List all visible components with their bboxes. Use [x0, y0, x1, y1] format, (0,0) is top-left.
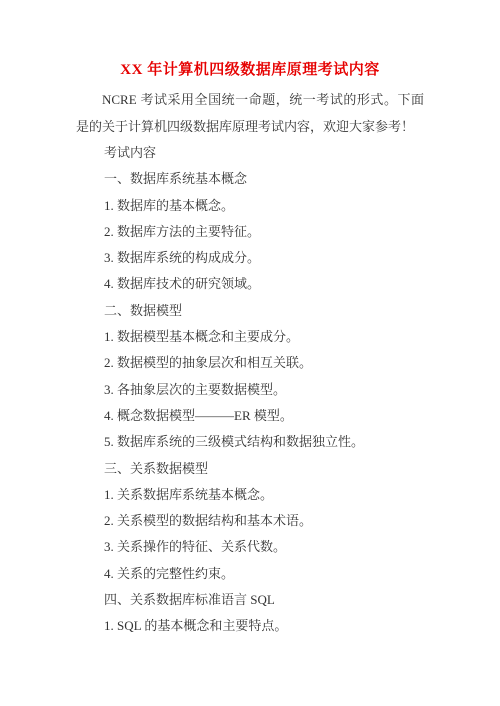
content-line: 3. 各抽象层次的主要数据模型。: [104, 377, 500, 403]
document-page: XX 年计算机四级数据库原理考试内容 NCRE 考试采用全国统一命题，统一考试的…: [0, 0, 500, 706]
content-line: 2. 关系模型的数据结构和基本术语。: [104, 508, 500, 534]
content-line: 4. 关系的完整性约束。: [104, 561, 500, 587]
content-line: 考试内容: [104, 140, 500, 166]
content-line: 二、数据模型: [104, 298, 500, 324]
content-lines: 考试内容一、数据库系统基本概念1. 数据库的基本概念。2. 数据库方法的主要特征…: [0, 140, 500, 640]
intro-paragraph: NCRE 考试采用全国统一命题，统一考试的形式。下面是的关于计算机四级数据库原理…: [76, 86, 424, 140]
content-line: 1. 关系数据库系统基本概念。: [104, 482, 500, 508]
content-line: 5. 数据库系统的三级模式结构和数据独立性。: [104, 429, 500, 455]
content-line: 1. 数据模型基本概念和主要成分。: [104, 324, 500, 350]
page-title: XX 年计算机四级数据库原理考试内容: [0, 0, 500, 84]
content-line: 3. 关系操作的特征、关系代数。: [104, 534, 500, 560]
content-line: 2. 数据模型的抽象层次和相互关联。: [104, 350, 500, 376]
content-line: 3. 数据库系统的构成成分。: [104, 245, 500, 271]
content-line: 2. 数据库方法的主要特征。: [104, 219, 500, 245]
content-line: 1. 数据库的基本概念。: [104, 193, 500, 219]
content-line: 1. SQL 的基本概念和主要特点。: [104, 613, 500, 639]
content-line: 4. 数据库技术的研究领域。: [104, 271, 500, 297]
content-line: 三、关系数据模型: [104, 456, 500, 482]
content-line: 一、数据库系统基本概念: [104, 166, 500, 192]
content-line: 4. 概念数据模型———ER 模型。: [104, 403, 500, 429]
content-line: 四、关系数据库标准语言 SQL: [104, 587, 500, 613]
